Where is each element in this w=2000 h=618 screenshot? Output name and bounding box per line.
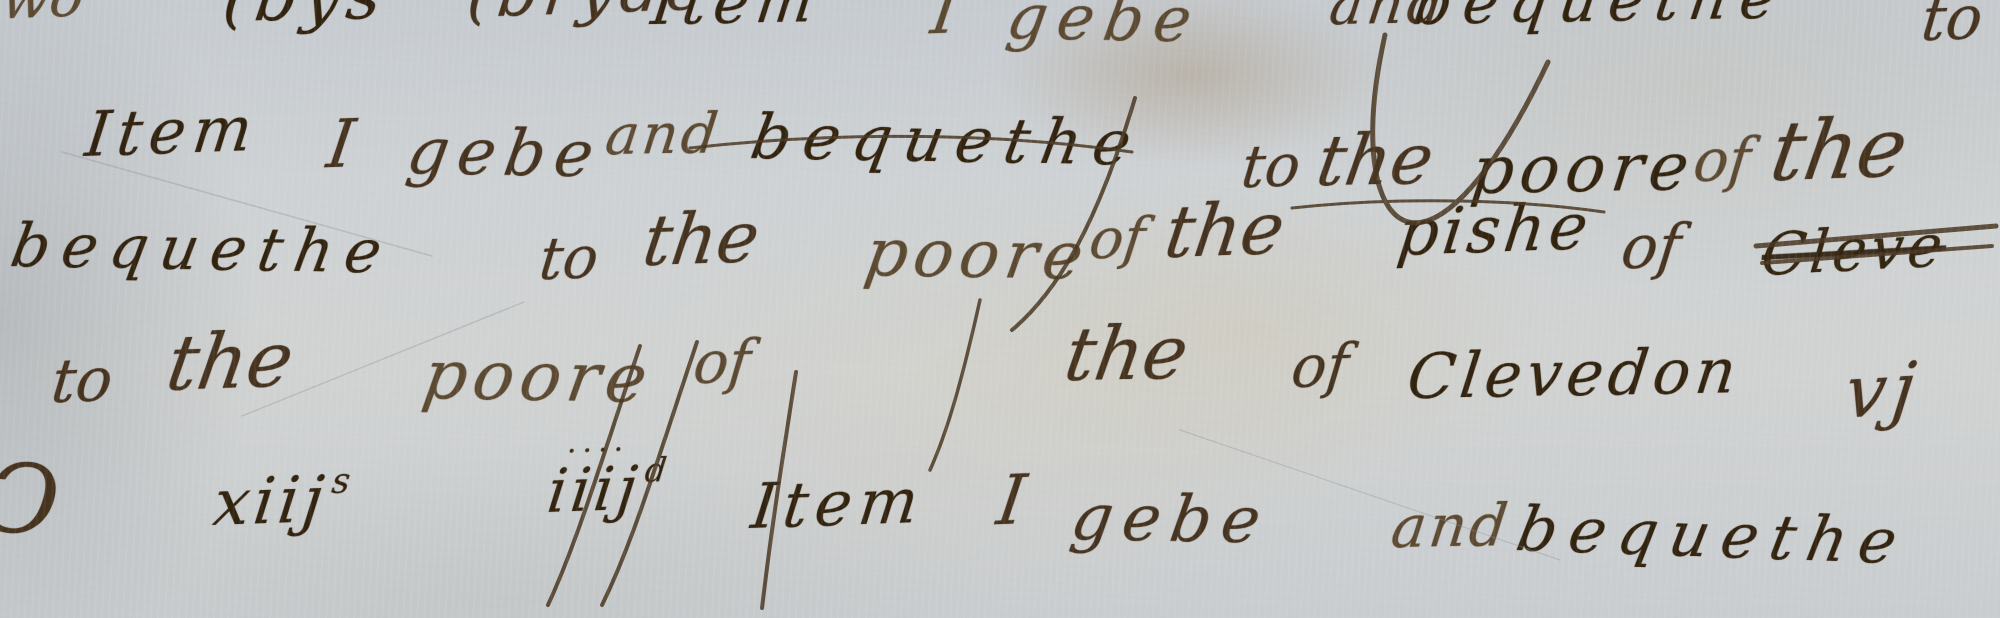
word: I [927, 0, 961, 44]
word: (bys [219, 0, 391, 32]
word: poore [419, 342, 658, 414]
word: the [1765, 107, 1912, 194]
word: gebe [1067, 486, 1275, 553]
minim-dots: ···· [565, 435, 631, 467]
word: bequethe [1512, 498, 1914, 573]
word: I [993, 467, 1029, 536]
word: Item [648, 0, 824, 34]
manuscript-photo: wo (bys (bryde Item I gebe and bequethe … [0, 0, 2000, 618]
amount-numerals: xiij [209, 463, 331, 541]
word: the [1161, 192, 1289, 269]
word: to [1919, 0, 1986, 50]
amount-unit: d [643, 453, 672, 487]
word: Item [82, 98, 262, 166]
word: Item [748, 470, 928, 538]
currency-amount: ···· iiijd [544, 458, 672, 522]
word: of [1087, 211, 1148, 268]
word: of [1691, 130, 1753, 190]
word: wo [0, 0, 87, 28]
word: the [639, 202, 763, 276]
word: Clevedon [1404, 340, 1744, 408]
word: to [49, 350, 116, 412]
word: I [323, 111, 358, 178]
word: of [691, 332, 753, 392]
word: to [537, 228, 601, 288]
word: poore [861, 220, 1094, 290]
word: and [603, 106, 724, 164]
word: the [1060, 316, 1193, 392]
amount-unit: s [330, 463, 356, 499]
word: bequethe [7, 216, 398, 282]
word: the [162, 321, 299, 402]
struck-out-word: Cleve [1759, 216, 1949, 284]
word: the [1312, 124, 1438, 196]
word: and [1388, 496, 1513, 556]
word: vj [1842, 352, 1926, 428]
word: of [1618, 217, 1684, 278]
flourish-fragment: Ɔ [0, 448, 64, 551]
word: of [1289, 336, 1351, 396]
word: bequethe [747, 106, 1148, 175]
currency-amount: xiijs [210, 467, 356, 536]
word: gebe [1003, 0, 1206, 51]
word: gebe [403, 120, 607, 187]
word: pishe [1394, 195, 1595, 266]
word: bequethe [1410, 0, 1791, 34]
